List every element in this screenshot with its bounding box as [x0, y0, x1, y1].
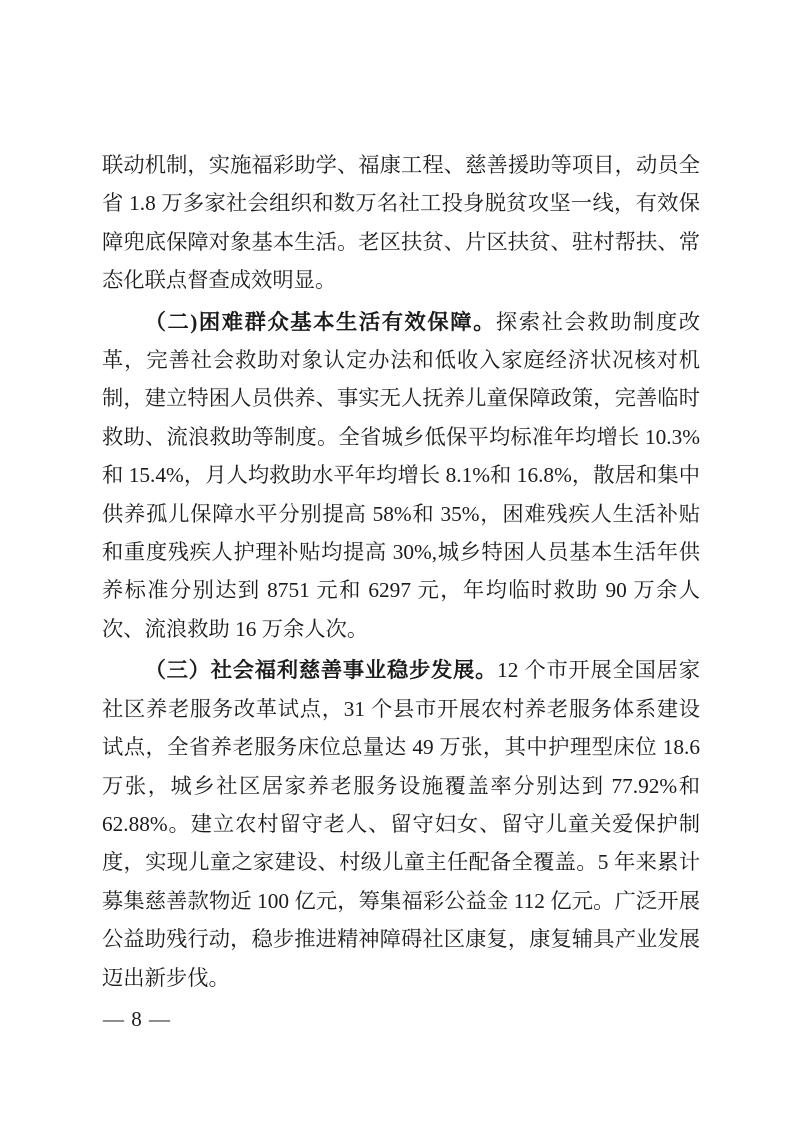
section-heading: （二)困难群众基本生活有效保障。 — [145, 310, 496, 334]
paragraph-text: 联动机制，实施福彩助学、福康工程、慈善援助等项目，动员全省 1.8 万多家社会组… — [102, 153, 700, 292]
paragraph-section-2: （二)困难群众基本生活有效保障。探索社会救助制度改革，完善社会救助对象认定办法和… — [102, 303, 700, 649]
paragraph-text: 探索社会救助制度改革，完善社会救助对象认定办法和低收入家庭经济状况核对机制，建立… — [102, 310, 700, 641]
paragraph-text: 12 个市开展全国居家社区养老服务改革试点，31 个县市开展农村养老服务体系建设… — [102, 658, 700, 989]
document-page: 联动机制，实施福彩助学、福康工程、慈善援助等项目，动员全省 1.8 万多家社会组… — [0, 0, 793, 1122]
paragraph-continuation: 联动机制，实施福彩助学、福康工程、慈善援助等项目，动员全省 1.8 万多家社会组… — [102, 146, 700, 300]
section-heading: （三）社会福利慈善事业稳步发展。 — [145, 658, 498, 682]
paragraph-section-3: （三）社会福利慈善事业稳步发展。12 个市开展全国居家社区养老服务改革试点，31… — [102, 651, 700, 997]
page-number: — 8 — — [103, 1004, 171, 1034]
document-text-block: 联动机制，实施福彩助学、福康工程、慈善援助等项目，动员全省 1.8 万多家社会组… — [102, 146, 700, 1000]
